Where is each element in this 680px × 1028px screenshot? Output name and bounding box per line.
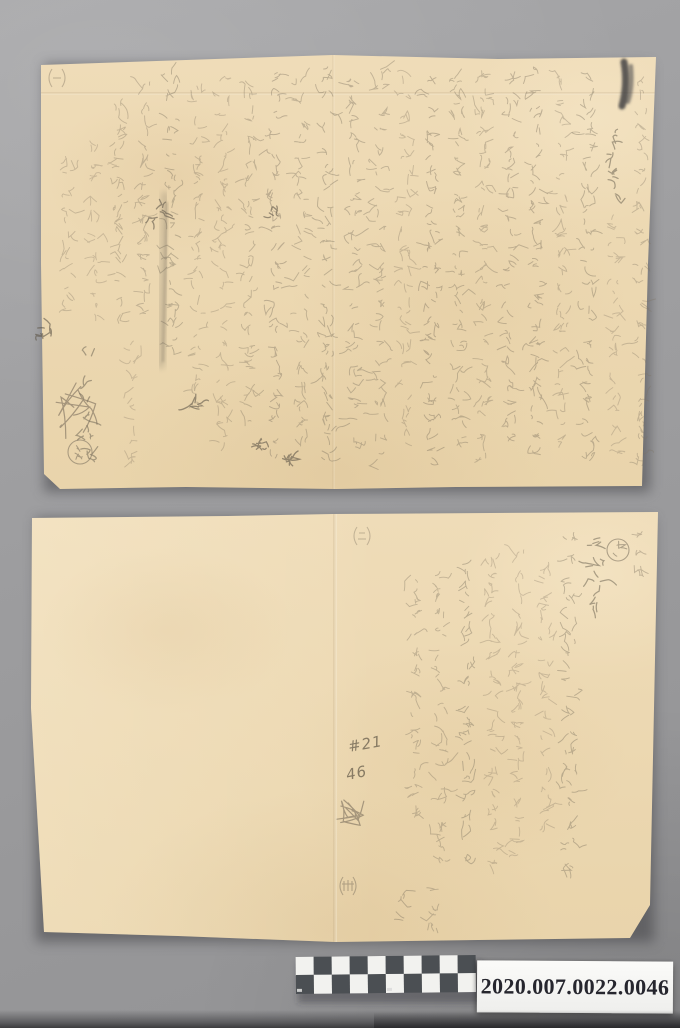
scale-tick bbox=[297, 989, 302, 992]
handwriting-column bbox=[415, 76, 444, 465]
scale-tick bbox=[387, 988, 392, 991]
handwriting-column bbox=[505, 545, 531, 857]
pencil-scribble bbox=[337, 800, 364, 825]
handwriting-column bbox=[523, 67, 549, 455]
handwriting-column bbox=[281, 68, 316, 446]
handwriting-column bbox=[394, 70, 421, 445]
handwriting-column bbox=[571, 73, 602, 461]
handwriting-column bbox=[184, 84, 210, 408]
handwriting-column bbox=[336, 79, 372, 449]
dark-pencil-character bbox=[179, 394, 209, 410]
page-marker bbox=[340, 877, 356, 895]
handwriting-column bbox=[364, 61, 395, 470]
handwriting-column bbox=[632, 532, 648, 577]
handwriting-column bbox=[446, 69, 475, 447]
handwriting-column bbox=[235, 81, 263, 426]
dark-pencil-character bbox=[252, 439, 269, 450]
dark-pencil-character bbox=[146, 199, 174, 229]
handwriting-column bbox=[604, 215, 626, 454]
handwriting-column bbox=[480, 554, 508, 874]
catalog-label: 2020.007.0022.0046 bbox=[477, 960, 673, 1013]
handwriting-column bbox=[259, 73, 288, 458]
handwriting-column bbox=[404, 575, 428, 818]
dark-pencil-character bbox=[36, 318, 52, 340]
handwriting-column bbox=[556, 533, 587, 879]
handwriting-column bbox=[622, 77, 656, 466]
handwriting-column bbox=[210, 76, 236, 450]
handwriting-column bbox=[131, 77, 157, 314]
handwriting-overlay bbox=[0, 0, 680, 1028]
handwriting-column bbox=[547, 70, 580, 447]
catalog-number: 2020.007.0022.0046 bbox=[481, 973, 670, 1000]
handwriting-column bbox=[108, 99, 130, 323]
handwriting-column bbox=[59, 157, 84, 313]
page-marker bbox=[354, 527, 370, 545]
handwriting-column bbox=[473, 71, 497, 463]
page-marker bbox=[49, 69, 65, 87]
page-1-title-handwriting bbox=[606, 129, 625, 203]
handwriting-column bbox=[496, 72, 528, 441]
handwriting-column bbox=[120, 341, 142, 467]
dark-pencil-character bbox=[283, 451, 300, 466]
handwriting-column bbox=[456, 560, 476, 864]
circled-seal-mark bbox=[607, 539, 629, 561]
handwriting-column bbox=[535, 562, 562, 831]
calibration-checkerboard bbox=[296, 955, 476, 994]
handwriting-column bbox=[311, 67, 342, 461]
handwriting-column bbox=[421, 888, 439, 933]
handwriting-column bbox=[429, 572, 458, 863]
page-2-title-handwriting bbox=[579, 538, 616, 618]
pencil-scribble bbox=[56, 383, 97, 438]
graphite-smudge bbox=[622, 62, 632, 106]
handwriting-column bbox=[84, 141, 110, 321]
handwriting-column bbox=[394, 890, 415, 920]
dark-pencil-character bbox=[264, 206, 278, 218]
table-edge-shadow bbox=[374, 1012, 680, 1028]
archival-photo: #21 46 2020.007.0022.0046 bbox=[0, 0, 680, 1028]
